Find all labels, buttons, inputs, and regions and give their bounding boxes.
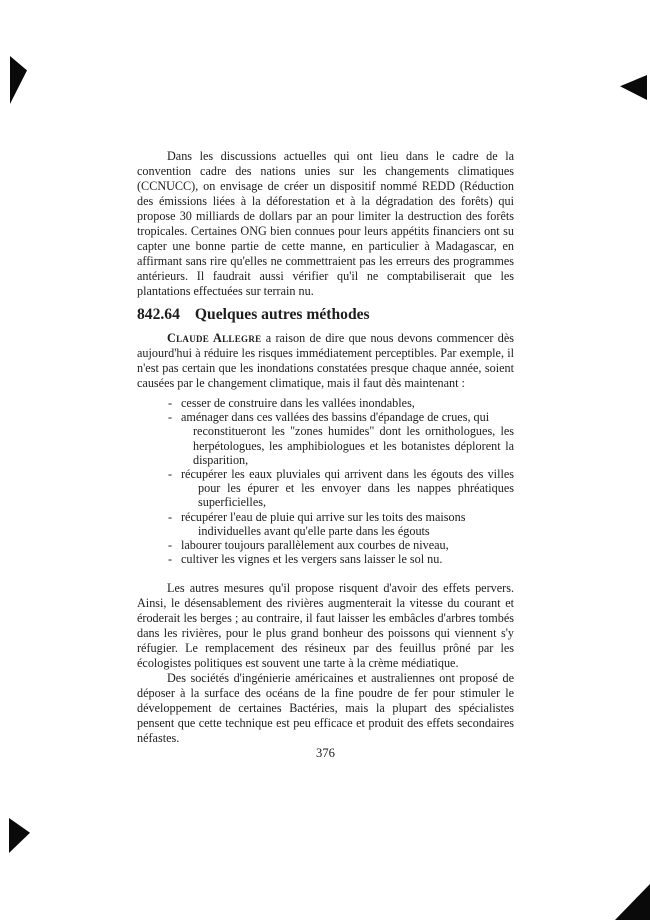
list-item-line: -cultiver les vignes et les vergers sans… (137, 552, 514, 566)
list-item-text: labourer toujours parallèlement aux cour… (181, 538, 449, 552)
list-item-text: reconstitueront les "zones humides" dont… (193, 424, 514, 438)
list-item: -cesser de construire dans les vallées i… (137, 396, 514, 410)
list-item-line: reconstitueront les "zones humides" dont… (137, 424, 514, 438)
list-item-text: aménager dans ces vallées des bassins d'… (181, 410, 489, 424)
list-item-line: pour les épurer et les envoyer dans les … (137, 481, 514, 495)
list-item: -aménager dans ces vallées des bassins d… (137, 410, 514, 467)
dash-bullet: - (168, 552, 172, 566)
author-name-smallcaps: Claude Allegre (167, 331, 261, 345)
paragraph-allegre: Claude Allegre a raison de dire que nous… (137, 331, 514, 391)
list-item: -cultiver les vignes et les vergers sans… (137, 552, 514, 566)
list-item-text: individuelles avant qu'elle parte dans l… (198, 524, 430, 538)
paragraph-geoingenierie: Des sociétés d'ingénierie américaines et… (137, 671, 514, 746)
dash-bullet: - (168, 396, 172, 410)
list-item-line: -récupérer l'eau de pluie qui arrive sur… (137, 510, 514, 524)
dash-bullet: - (168, 538, 172, 552)
scan-mark-top-left (10, 56, 27, 104)
list-item-line: -récupérer les eaux pluviales qui arrive… (137, 467, 514, 481)
list-item-line: -labourer toujours parallèlement aux cou… (137, 538, 514, 552)
list-item: -récupérer l'eau de pluie qui arrive sur… (137, 510, 514, 538)
page-number: 376 (137, 746, 514, 761)
section-title: Quelques autres méthodes (195, 305, 370, 324)
scan-mark-bottom-right (615, 884, 650, 920)
list-item: -récupérer les eaux pluviales qui arrive… (137, 467, 514, 510)
list-item-text: cultiver les vignes et les vergers sans … (181, 552, 442, 566)
list-item-text: cesser de construire dans les vallées in… (181, 396, 415, 410)
list-item-text: disparition, (193, 453, 248, 467)
list-item: -labourer toujours parallèlement aux cou… (137, 538, 514, 552)
list-item-line: individuelles avant qu'elle parte dans l… (137, 524, 514, 538)
list-item-text: herpétologues, les amphibiologues et les… (193, 439, 514, 453)
scan-mark-bottom-left (9, 818, 30, 853)
measures-list: -cesser de construire dans les vallées i… (137, 396, 514, 566)
list-item-text: superficielles, (198, 495, 266, 509)
section-heading: 842.64 Quelques autres méthodes (137, 305, 514, 324)
list-item-line: superficielles, (137, 495, 514, 509)
paragraph-redd: Dans les discussions actuelles qui ont l… (137, 149, 514, 299)
scan-mark-top-right (620, 75, 647, 100)
dash-bullet: - (168, 510, 172, 524)
dash-bullet: - (168, 467, 172, 481)
section-number: 842.64 (137, 305, 180, 324)
list-item-text: récupérer les eaux pluviales qui arriven… (181, 467, 514, 481)
page-text-column: Dans les discussions actuelles qui ont l… (137, 149, 514, 761)
dash-bullet: - (168, 410, 172, 424)
list-item-text: récupérer l'eau de pluie qui arrive sur … (181, 510, 465, 524)
list-item-line: herpétologues, les amphibiologues et les… (137, 439, 514, 453)
paragraph-effets-pervers: Les autres mesures qu'il propose risquen… (137, 581, 514, 671)
list-item-line: -aménager dans ces vallées des bassins d… (137, 410, 514, 424)
list-item-line: -cesser de construire dans les vallées i… (137, 396, 514, 410)
list-item-text: pour les épurer et les envoyer dans les … (198, 481, 514, 495)
list-item-line: disparition, (137, 453, 514, 467)
